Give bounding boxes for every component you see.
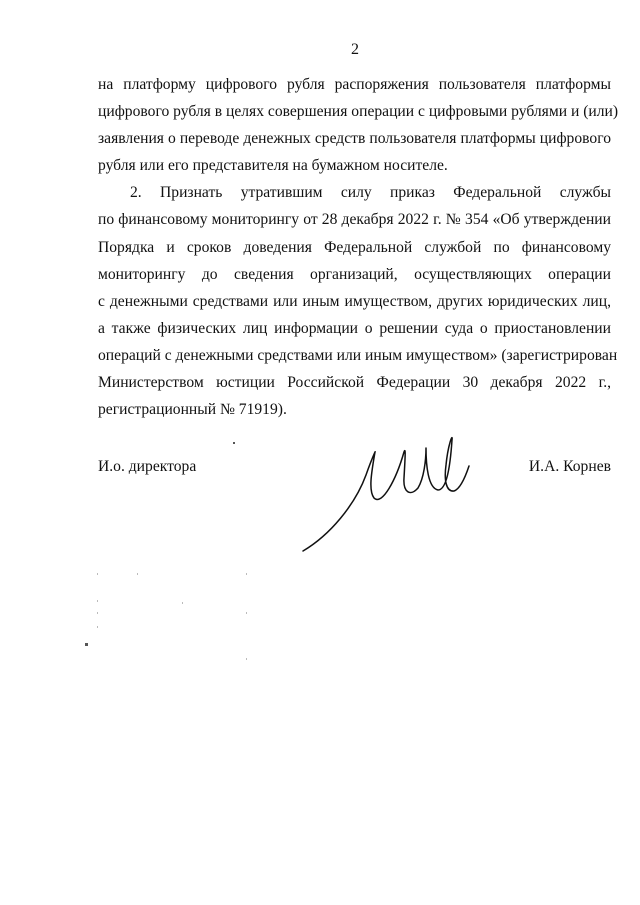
scan-speck — [85, 643, 88, 646]
document-body: на платформу цифрового рубля распоряжени… — [98, 71, 611, 423]
text-line: с денежными средствами или иным имуществ… — [98, 288, 611, 315]
paragraph-2-first-line: 2. Признать утратившим силу приказ Федер… — [98, 179, 611, 206]
text-line: регистрационный № 71919). — [98, 396, 611, 423]
signer-name: И.А. Корнев — [529, 456, 611, 478]
scan-noise — [246, 612, 247, 614]
page-number: 2 — [0, 40, 640, 60]
document-page: 2 на платформу цифрового рубля распоряже… — [0, 0, 640, 905]
scan-noise — [97, 612, 98, 614]
scan-noise — [137, 573, 138, 575]
scan-noise — [97, 600, 98, 602]
text-line: Министерством юстиции Российской Федерац… — [98, 369, 611, 396]
scan-noise — [97, 626, 98, 628]
text-line: а также физических лиц информации о реше… — [98, 315, 611, 342]
signer-title: И.о. директора — [98, 456, 196, 478]
text-line: мониторингу до сведения организаций, осу… — [98, 261, 611, 288]
signature-icon — [290, 425, 490, 565]
text-line: по финансовому мониторингу от 28 декабря… — [98, 206, 611, 233]
text-line: заявления о переводе денежных средств по… — [98, 125, 611, 152]
scan-speck — [233, 442, 235, 444]
text-line: на платформу цифрового рубля распоряжени… — [98, 71, 611, 98]
text-line: рубля или его представителя на бумажном … — [98, 152, 611, 179]
text-line: цифрового рубля в целях совершения опера… — [98, 98, 611, 125]
scan-noise — [97, 573, 98, 575]
scan-noise — [246, 658, 247, 660]
text-line: Порядка и сроков доведения Федеральной с… — [98, 234, 611, 261]
scan-noise — [182, 602, 183, 604]
scan-noise — [246, 573, 247, 575]
text-line: операций с денежными средствами или иным… — [98, 342, 611, 369]
